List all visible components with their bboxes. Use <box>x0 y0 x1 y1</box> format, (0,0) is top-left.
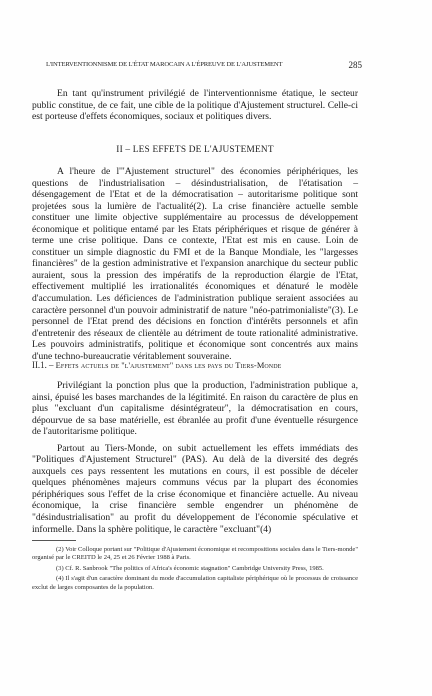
footnotes: (2) Voir Colloque portant sur "Politique… <box>32 546 358 594</box>
footnote-4: (4) Il s'agit d'un caractère dominant du… <box>32 575 358 592</box>
document-page: L'INTERVENTIONNISME DE L'ÉTAT MAROCAIN A… <box>0 0 432 696</box>
subsection-paragraph-2: Partout au Tiers-Monde, on subit actuell… <box>32 443 358 535</box>
subsection-paragraph-1: Privilégiant la ponction plus que la pro… <box>32 380 358 438</box>
intro-block: En tant qu'instrument privilégié de l'in… <box>32 88 358 123</box>
section-heading: II – LES EFFETS DE L'AJUSTEMENT <box>32 145 358 155</box>
section-body: A l'heure de l'"Ajustement structurel" d… <box>32 166 358 362</box>
intro-paragraph: En tant qu'instrument privilégié de l'in… <box>32 88 358 123</box>
footnote-divider <box>32 540 76 541</box>
running-title: L'INTERVENTIONNISME DE L'ÉTAT MAROCAIN A… <box>46 61 282 68</box>
footnote-3: (3) Cf. R. Sanbrook "The politics of Afr… <box>32 565 358 573</box>
subsection-heading: II.1. – Effets actuels de "l'ajustement"… <box>32 360 358 370</box>
page-number: 285 <box>349 60 363 70</box>
subsection-body: Privilégiant la ponction plus que la pro… <box>32 380 358 535</box>
running-header: L'INTERVENTIONNISME DE L'ÉTAT MAROCAIN A… <box>46 61 358 73</box>
footnote-2: (2) Voir Colloque portant sur "Politique… <box>32 546 358 563</box>
section-paragraph: A l'heure de l'"Ajustement structurel" d… <box>32 166 358 362</box>
subsection-number: II.1. – <box>32 360 53 370</box>
subsection-title: Effets actuels de "l'ajustement" dans le… <box>56 361 282 370</box>
